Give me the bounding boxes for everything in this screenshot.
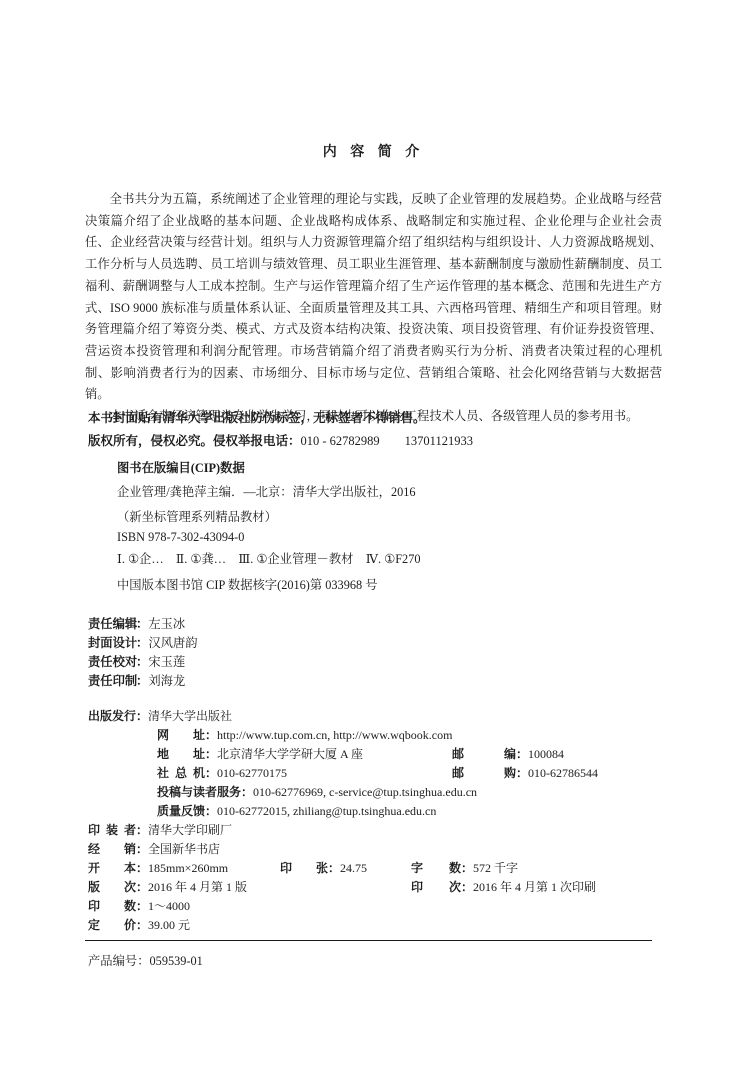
field-colon: ： — [205, 766, 217, 780]
field-value: 185mm×260mm — [148, 861, 228, 875]
field-label: 责任印制 — [88, 670, 136, 693]
field-group: 邮编：100084 — [452, 745, 564, 764]
field-group: 印张：24.75 — [280, 859, 367, 878]
field-colon: ： — [205, 804, 217, 818]
publishing-row: 社总机：010-62770175邮购：010-62786544 — [88, 764, 658, 783]
field-label: 投稿与读者服务 — [157, 783, 241, 802]
feedback-contact: 010-62772015, zhiliang@tup.tsinghua.edu.… — [217, 804, 436, 818]
field-value: 全国新华书店 — [148, 842, 220, 856]
field-colon: ： — [461, 880, 473, 894]
field-label: 印装者 — [88, 821, 136, 840]
field-label: 印张 — [280, 859, 328, 878]
field-label: 邮购 — [452, 764, 516, 783]
field-colon: ： — [328, 861, 340, 875]
field-label: 印数 — [88, 897, 136, 916]
service-contact: 010-62776969, c-service@tup.tsinghua.edu… — [253, 785, 477, 799]
field-colon: ： — [136, 842, 148, 856]
report-phone-numbers: 010 - 62782989 13701121933 — [301, 434, 473, 448]
field-label: 版次 — [88, 878, 136, 897]
field-label: 产品编号 — [88, 954, 137, 968]
publishing-row: 出版发行：清华大学出版社 — [88, 707, 658, 726]
publishing-row: 印装者：清华大学印刷厂 — [88, 821, 658, 840]
field-label: 字数 — [411, 859, 461, 878]
field-group: 印次：2016 年 4 月第 1 次印刷 — [411, 878, 596, 897]
field-colon: ： — [136, 617, 148, 631]
copyright-statement: 版权所有，侵权必究。侵权举报电话： — [88, 434, 301, 448]
publishing-row: 经销：全国新华书店 — [88, 840, 658, 859]
field-value: 清华大学印刷厂 — [148, 823, 232, 837]
publishing-row: 地址：北京清华大学学研大厦 A 座邮编：100084 — [88, 745, 658, 764]
cip-heading: 图书在版编目(CIP)数据 — [117, 458, 245, 476]
field-colon: ： — [136, 918, 148, 932]
field-value: 24.75 — [340, 861, 367, 875]
field-value: 39.00 元 — [148, 918, 190, 932]
field-label: 印次 — [411, 878, 461, 897]
field-value: 2016 年 4 月第 1 次印刷 — [473, 880, 596, 894]
anti-piracy-notice: 本书封面贴有清华大学出版社防伪标签，无标签者不得销售。 版权所有，侵权必究。侵权… — [88, 407, 662, 453]
intro-paragraph: 全书共分为五篇，系统阐述了企业管理的理论与实践，反映了企业管理的发展趋势。企业战… — [85, 189, 662, 406]
field-group: 邮购：010-62786544 — [452, 764, 598, 783]
field-colon: ： — [205, 747, 217, 761]
isbn: ISBN 978-7-302-43094-0 — [117, 527, 662, 547]
cip-record: 企业管理/龚艳萍主编．—北京：清华大学出版社，2016 （新坐标管理系列精品教材… — [117, 482, 662, 595]
cip-number: 中国版本图书馆 CIP 数据核字(2016)第 033968 号 — [117, 575, 662, 595]
field-value: 北京清华大学学研大厦 A 座 — [217, 747, 363, 761]
field-value: 059539-01 — [150, 954, 203, 968]
field-label: 经销 — [88, 840, 136, 859]
field-value: 汉风唐韵 — [148, 636, 197, 650]
field-value: 100084 — [528, 747, 564, 761]
field-colon: ： — [516, 747, 528, 761]
publishing-row: 版次：2016 年 4 月第 1 版印次：2016 年 4 月第 1 次印刷 — [88, 878, 658, 897]
field-colon: ： — [136, 655, 148, 669]
page-title: 内 容 简 介 — [0, 141, 745, 161]
field-label: 社总机 — [157, 764, 205, 783]
field-value: 010-62770175 — [217, 766, 287, 780]
staff-row: 封面设计：汉风唐韵 — [88, 632, 198, 651]
field-colon: ： — [136, 823, 148, 837]
field-colon: ： — [136, 636, 148, 650]
series-name: （新坐标管理系列精品教材） — [117, 507, 662, 527]
field-value: 左玉冰 — [148, 617, 185, 631]
publishing-row: 网址：http://www.tup.com.cn, http://www.wqb… — [88, 726, 658, 745]
publishing-row: 印数：1～4000 — [88, 897, 658, 916]
field-value: 2016 年 4 月第 1 版 — [148, 880, 247, 894]
field-value: 清华大学出版社 — [148, 709, 232, 723]
field-label: 出版发行 — [88, 707, 136, 726]
field-colon: ： — [137, 954, 149, 968]
intro-section: 全书共分为五篇，系统阐述了企业管理的理论与实践，反映了企业管理的发展趋势。企业战… — [85, 189, 662, 428]
publishing-row: 定价：39.00 元 — [88, 916, 658, 935]
field-label: 质量反馈 — [157, 802, 205, 821]
website-url: http://www.tup.com.cn, http://www.wqbook… — [217, 728, 452, 742]
field-label: 定价 — [88, 916, 136, 935]
field-value: 010-62786544 — [528, 766, 598, 780]
field-colon: ： — [136, 899, 148, 913]
staff-row: 责任校对：宋玉莲 — [88, 651, 198, 670]
field-colon: ： — [136, 709, 148, 723]
notice-line: 版权所有，侵权必究。侵权举报电话：010 - 62782989 13701121… — [88, 430, 662, 453]
field-label: 邮编 — [452, 745, 516, 764]
field-colon: ： — [205, 728, 217, 742]
classification: Ⅰ. ①企… Ⅱ. ①龚… Ⅲ. ①企业管理－教材 Ⅳ. ①F270 — [117, 549, 662, 569]
staff-list: 责任编辑：左玉冰 封面设计：汉风唐韵 责任校对：宋玉莲 责任印制：刘海龙 — [88, 613, 198, 689]
field-colon: ： — [241, 785, 253, 799]
field-label: 地址 — [157, 745, 205, 764]
field-group: 字数：572 千字 — [411, 859, 518, 878]
product-number: 产品编号：059539-01 — [88, 951, 203, 969]
staff-row: 责任印制：刘海龙 — [88, 670, 198, 689]
field-colon: ： — [136, 674, 148, 688]
divider-rule — [85, 940, 652, 941]
field-label: 开本 — [88, 859, 136, 878]
cip-title-line: 企业管理/龚艳萍主编．—北京：清华大学出版社，2016 — [117, 482, 662, 502]
field-colon: ： — [136, 861, 148, 875]
staff-row: 责任编辑：左玉冰 — [88, 613, 198, 632]
publishing-row: 开本：185mm×260mm印张：24.75字数：572 千字 — [88, 859, 658, 878]
publishing-info: 出版发行：清华大学出版社 网址：http://www.tup.com.cn, h… — [88, 707, 658, 935]
field-label: 网址 — [157, 726, 205, 745]
field-colon: ： — [136, 880, 148, 894]
field-colon: ： — [461, 861, 473, 875]
field-colon: ： — [516, 766, 528, 780]
field-value: 572 千字 — [473, 861, 518, 875]
notice-line: 本书封面贴有清华大学出版社防伪标签，无标签者不得销售。 — [88, 407, 662, 430]
field-value: 宋玉莲 — [148, 655, 185, 669]
copyright-page: 内 容 简 介 全书共分为五篇，系统阐述了企业管理的理论与实践，反映了企业管理的… — [0, 0, 745, 1066]
field-value: 刘海龙 — [148, 674, 185, 688]
publishing-row: 质量反馈：010-62772015, zhiliang@tup.tsinghua… — [88, 802, 658, 821]
field-value: 1～4000 — [148, 899, 190, 913]
publishing-row: 投稿与读者服务：010-62776969, c-service@tup.tsin… — [88, 783, 658, 802]
